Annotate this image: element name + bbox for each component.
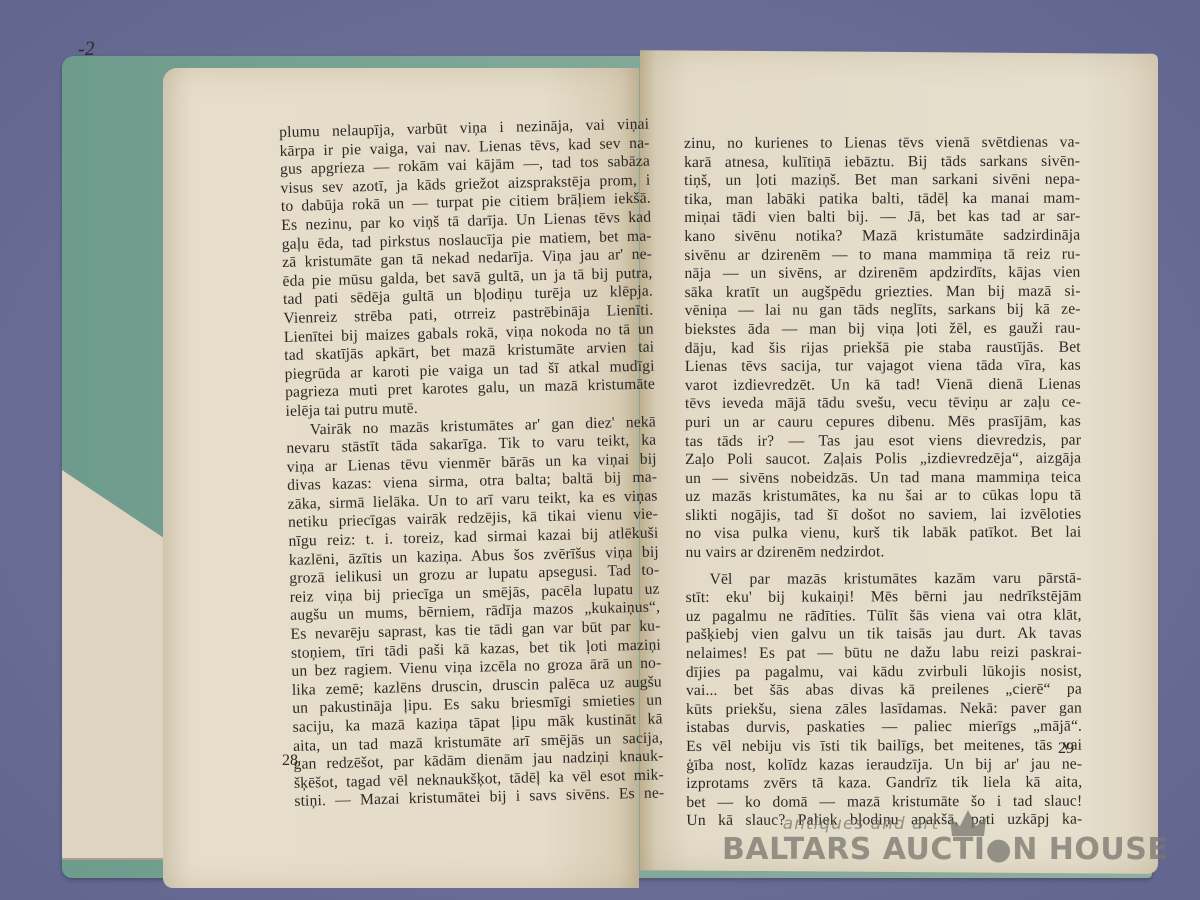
text-line: karā atnesa, kulītiņā iebāztu. Bij tāds … (684, 152, 1080, 172)
text-line: bet — ko domā — mazā kristumāte šo i tad… (686, 792, 1082, 812)
text-line: vēniņa — lai nu gan tāds neglīts, sarkan… (685, 301, 1081, 321)
text-line: uz mazās kristumātes, ka nu šai ar to cū… (685, 487, 1081, 507)
text-line: puri un ar cauru cepures dibenu. Mēs pra… (685, 413, 1081, 433)
text-line: un — sivēns nobeidzās. Un tad mana mammi… (685, 468, 1081, 488)
text-line: nāja — un sivēns, ar dzirenēm apdzirdīts… (684, 264, 1080, 284)
text-line: zinu, no kurienes to Lienas tēvs vienā s… (684, 134, 1080, 154)
right-page-number: 29 (1058, 740, 1074, 758)
text-line: tika, man labāki patika balti, tādēļ ka … (684, 189, 1080, 209)
text-line: kano sivēnu notika? Mazā kristumāte sadz… (684, 227, 1080, 247)
text-line: istabas durvis, paskaties — paliec mierī… (686, 718, 1082, 738)
watermark-name: BALTARS AUCTI●N HOUSE (722, 832, 1168, 867)
text-line: stīt: eku' bij kukaiņi! Mēs bērni jau ne… (686, 588, 1082, 608)
text-line: ģība nost, kolīdz kazas ieraudzīja. Un b… (686, 755, 1082, 775)
text-line: nu vairs ar dzirenēm nedzirdot. (685, 543, 1081, 563)
text-line: izprotams zvērs tā kaza. Gandrīz tik lie… (686, 774, 1082, 794)
text-line: miņai tādi vien balti bij. — Jā, bet kas… (684, 208, 1080, 228)
text-line: Lienas tēvs sacija, tur vajagot viena tā… (685, 357, 1081, 377)
left-page-text: plumu nelaupīja, varbūt viņa i nezināja,… (279, 116, 665, 812)
text-line: vai... bet šās abas divas kā preilenes „… (686, 681, 1082, 701)
text-line: pašķiebj vien galvu un tik taisās jau du… (686, 625, 1082, 645)
text-line: sivēnu ar dzirenēm — to mana mammiņa tā … (684, 245, 1080, 265)
text-line: tas tāds ir? — Tas jau esot viens dievre… (685, 431, 1081, 451)
text-line: dījies pa pagalmu, vai kādu zvirbuli lūk… (686, 662, 1082, 682)
right-page-text: zinu, no kurienes to Lienas tēvs vienā s… (684, 134, 1082, 831)
text-line: sāka kratīt un augšpēdu griezties. Man b… (685, 282, 1081, 302)
text-line: uz pagalmu ne rādīties. Tūlīt šās viena … (686, 606, 1082, 626)
text-line: tēvs ieveda mājā tādu svešu, vecu tēviņu… (685, 394, 1081, 414)
left-page-number: 28 (282, 752, 298, 770)
watermark-tagline: · antiques and art (770, 814, 939, 834)
text-line: Es vēl nebiju vis īsti tik bailīgs, bet … (686, 737, 1082, 757)
text-line: tiņš, un ļoti maziņš. Bet man sarkani si… (684, 171, 1080, 191)
text-line: varot izdievredzēt. Un kā tad! Vienā die… (685, 375, 1081, 395)
text-line: kūts priekšu, siena zāles lasīdamas. Nek… (686, 699, 1082, 719)
text-line: biekstes āda — man bij viņa ļoti žēl, es… (685, 320, 1081, 340)
handwritten-note: -2 (77, 38, 95, 62)
text-line: no visa pulka vienu, kurš tik labāk patī… (685, 524, 1081, 544)
text-line: Vēl par mazās kristumātes kazām varu pār… (686, 569, 1082, 589)
text-line: Zaļo Poli saucot. Zaļais Polis „izdievre… (685, 450, 1081, 470)
text-line: nelaimes! Es pat — būtu ne dažu labu rei… (686, 644, 1082, 664)
text-line: dāju, kad šis rijas priekšā pie staba ra… (685, 338, 1081, 358)
text-line: slikti nogājis, tad šī došot no saviem, … (685, 505, 1081, 525)
